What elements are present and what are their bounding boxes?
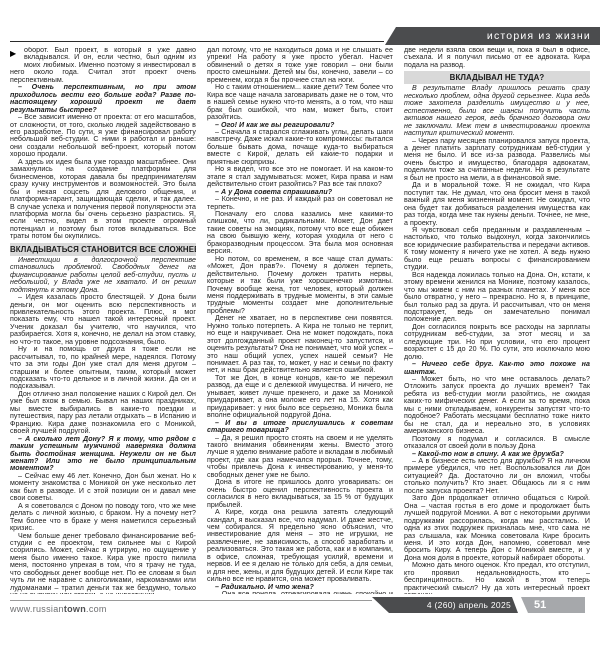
- article-block-question: – А сколько лет Дону? Я к тому, что рядо…: [10, 436, 196, 473]
- article-block-header: ВКЛАДЫВАЛ НЕ ТУДА?: [404, 71, 590, 84]
- article-column-1: ▶ оборот. Был проект, в который я уже да…: [10, 47, 196, 594]
- article-block-lead: Инвестиции в долгосрочной перспективе ст…: [10, 257, 196, 294]
- continuation-triangle-icon: ▶: [10, 47, 24, 62]
- article-block-lead: В результате Владу пришлось решать сразу…: [404, 85, 590, 137]
- article-block-question: – Очень перспективным, но при этом прихо…: [10, 84, 196, 114]
- article-block-para: А я советовался с Доном по поводу того, …: [10, 503, 196, 533]
- article-block-para: – Идея казалась просто блестящей. У Дона…: [10, 294, 196, 346]
- top-rule: [10, 41, 384, 42]
- article-block-para: Дон согласился покрыть все расходы на за…: [404, 324, 590, 361]
- site-url: www.russiantown.com: [10, 604, 107, 614]
- page-number: 51: [534, 599, 546, 611]
- article-block-para: Ну и на помощь от друга я тоже если не р…: [10, 346, 196, 391]
- article-block-para: А Кире, когда она решила затеять следующ…: [207, 509, 393, 584]
- article-block-para: Поначалу его слова казались мне какими-т…: [207, 211, 393, 256]
- rubric-banner: история из жизни: [385, 27, 600, 45]
- magazine-page: история из жизни ▶ оборот. Был проект, в…: [0, 0, 600, 666]
- site-url-suffix: .com: [86, 604, 107, 614]
- page-number-badge: 51: [521, 597, 585, 613]
- article-block-para: Но с таким отношением... какие дети? Тем…: [207, 84, 393, 121]
- article-block-para: Я чувствовал себя преданным и раздавленн…: [404, 227, 590, 272]
- article-block-para: Денег не хватает, но в перспективе они п…: [207, 315, 393, 375]
- article-block-para: – Все зависит именно от проекта: от его …: [10, 114, 196, 159]
- article-column-3: две недели взяла свои вещи и, пока я был…: [404, 47, 590, 594]
- article-block-para: Но потом, со временем, я все чаще стал д…: [207, 256, 393, 316]
- article-block-para: Можно дать много оценок. Кто предал, кто…: [404, 562, 590, 594]
- article-block-para: – Может быть, но что мне оставалось дела…: [404, 376, 590, 436]
- article-column-2: дал потому, что не находиться дома и не …: [207, 47, 393, 594]
- article-block-para: – Сейчас ему 46 лет. Конечно, Дон был же…: [10, 473, 196, 503]
- article-block-para: Поэтому я подумал и согласился. В смысле…: [404, 436, 590, 451]
- article-block-para: – Конечно, и не раз. И каждый раз он сов…: [207, 196, 393, 211]
- article-block-cont: дал потому, что не находиться дома и не …: [207, 47, 393, 84]
- article-block-para: Чем больше денег требовало финансировани…: [10, 533, 196, 594]
- issue-banner: 4 (260) апрель 2025: [372, 597, 518, 613]
- site-url-bold: town: [64, 604, 86, 614]
- article-block-para: Зато Дон продолжает отлично общаться с К…: [404, 495, 590, 562]
- article-block-cont: две недели взяла свои вещи и, пока я был…: [404, 47, 590, 69]
- article-block-para: – Да, я решил просто стоять на своем и н…: [207, 435, 393, 480]
- article-block-para: Дона в итоге не пришлось долго уговарива…: [207, 479, 393, 509]
- article-block-para: – Она все поняла, отреагировала очень сп…: [207, 591, 393, 594]
- article-block-cont: оборот. Был проект, в который я уже давн…: [10, 47, 196, 84]
- article-block-para: А здесь их идея была уже гораздо масштаб…: [10, 159, 196, 241]
- article-block-para: Да и в моральной тоже. Я не ожидал, что …: [404, 182, 590, 227]
- article-block-question: – И вы в итоге прислушались к советам ст…: [207, 420, 393, 435]
- article-block-question: – Ничего себе друг. Как-то это похоже на…: [404, 361, 590, 376]
- article-block-para: – Через пару месяцев планировался запуск…: [404, 138, 590, 183]
- article-block-para: Но я видел, что все это не помогает. И н…: [207, 166, 393, 188]
- article-block-para: – Сначала я старался сглаживать углы, де…: [207, 129, 393, 166]
- article-block-para: – А в бизнесе есть место для дружбы? Я н…: [404, 458, 590, 495]
- article-block-header: ВКЛАДЫВАТЬСЯ СТАНОВИТСЯ ВСЕ СЛОЖНЕЕ: [10, 243, 196, 256]
- article-block-para: Дон отлично знал положение наших с Кирой…: [10, 391, 196, 436]
- article-block-para: Вся надежда ложилась только на Дона. Он,…: [404, 272, 590, 324]
- article-body: ▶ оборот. Был проект, в который я уже да…: [10, 47, 590, 594]
- issue-label: 4 (260) апрель 2025: [427, 600, 511, 610]
- rubric-label: история из жизни: [487, 30, 591, 42]
- footer-rule: [10, 600, 372, 601]
- site-url-prefix: www.russian: [10, 604, 64, 614]
- article-block-para: Тот же Дон, в конце концов, как-то же пе…: [207, 375, 393, 420]
